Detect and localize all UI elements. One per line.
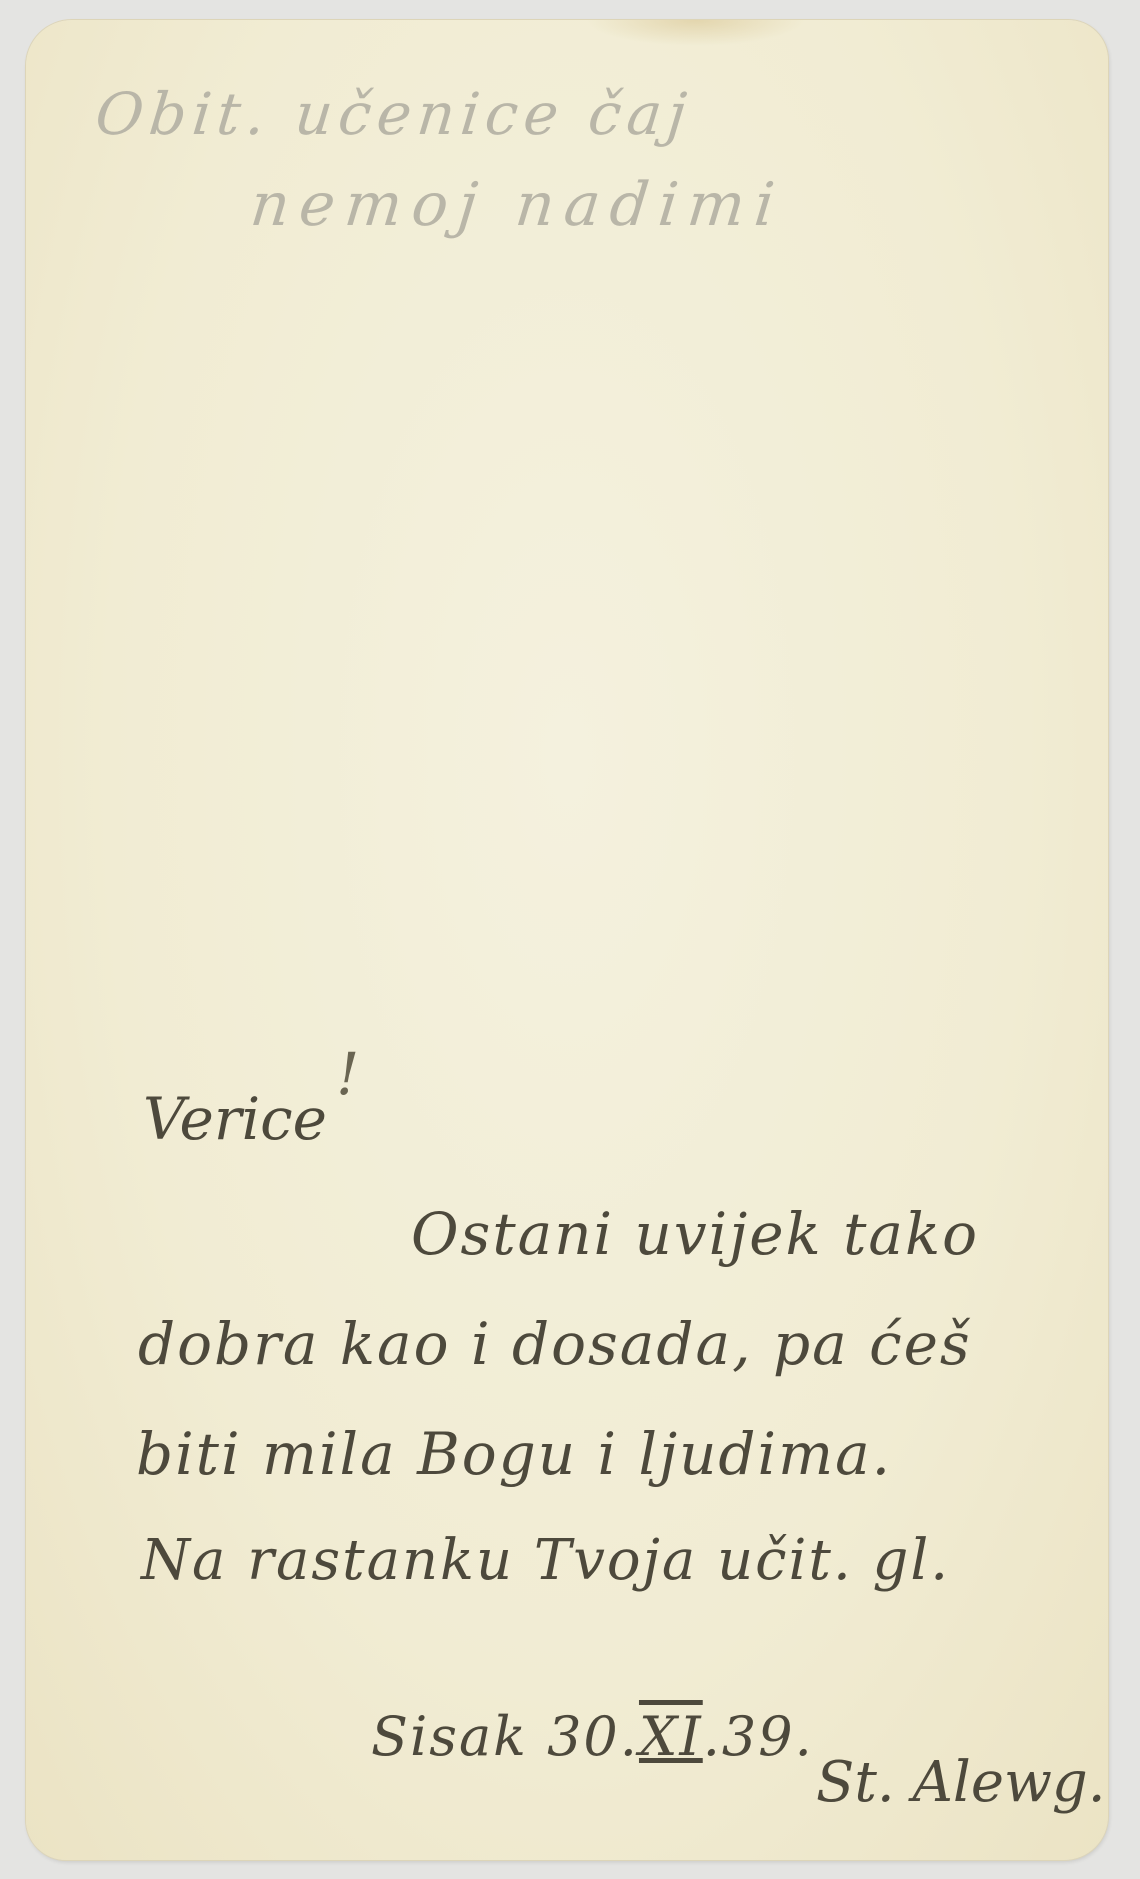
signature: St. Alewg. xyxy=(816,1750,1106,1815)
greeting: Verice xyxy=(143,1085,327,1153)
pencil-note-line-1: Obit. učenice čaj xyxy=(92,80,695,148)
body-line-3: biti mila Bogu i ljudima. xyxy=(136,1420,892,1488)
body-line-2: dobra kao i dosada, pa ćeš xyxy=(138,1310,972,1378)
greeting-exclamation: ! xyxy=(336,1040,359,1108)
top-edge-stain xyxy=(586,20,806,46)
place: Sisak xyxy=(371,1705,528,1768)
date-month: XI xyxy=(639,1705,703,1768)
date-day: 30. xyxy=(547,1705,639,1768)
body-line-4: Na rastanku Tvoja učit. gl. xyxy=(141,1528,950,1593)
card: Obit. učenice čaj nemoj nadimi Verice ! … xyxy=(26,20,1108,1860)
pencil-note-line-2: nemoj nadimi xyxy=(247,170,787,240)
date-year: .39. xyxy=(703,1705,814,1768)
place-and-date: Sisak 30.XI.39. xyxy=(371,1705,814,1768)
body-line-1: Ostani uvijek tako xyxy=(411,1200,979,1268)
